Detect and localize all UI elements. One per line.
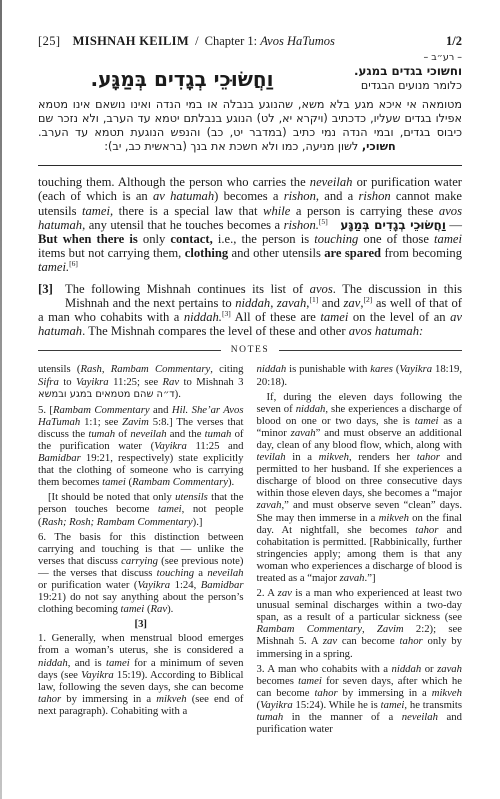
page-indicator: 1/2 [446, 34, 462, 49]
mishnah-3-intro-paragraph: [3]The following Mishnah continues its l… [38, 282, 462, 339]
note-6: 6. The basis for this distinction betwee… [38, 531, 244, 616]
page-header: [25] MISHNAH KEILIM / Chapter 1: Avos Ha… [38, 34, 462, 49]
rav-commentary-lead: וחשוכי בגדים במגע. כלומר מנועים הבגדים [320, 64, 462, 93]
rav-commentary-label: – רע״ב – [38, 52, 462, 63]
note-1: 1. Generally, when menstrual blood emerg… [38, 632, 244, 717]
page-scan-edge [0, 0, 2, 799]
notes-heading: NOTES [231, 345, 270, 355]
mishnah-3-intro-text: The following Mishnah continues its list… [38, 282, 462, 339]
notes-column-right: niddah is punishable with kares (Vayikra… [257, 363, 463, 738]
notes-mishnah-3-header: [3] [38, 618, 244, 630]
page-number-bracket: [25] [38, 34, 60, 48]
section-divider-rule [38, 165, 462, 166]
mishnah-number: [3] [38, 282, 65, 306]
notes-divider: NOTES [38, 345, 462, 355]
note-1-zavah-paragraph: If, during the eleven days following the… [257, 391, 463, 585]
chapter-name: Avos HaTumos [260, 34, 335, 48]
rav-lead-continuation: כלומר מנועים הבגדים [320, 79, 462, 94]
note-5: 5. [Rambam Commentary and Hil. She’ar Av… [38, 404, 244, 489]
rav-dibur-hamatchil: וחשוכי בגדים במגע. [320, 64, 462, 79]
mishnah-head-row: וחשוכי בגדים במגע. כלומר מנועים הבגדים ו… [38, 64, 462, 93]
elucidation-paragraph: touching them. Although the person who c… [38, 175, 462, 274]
note-3: 3. A man who cohabits with a niddah or z… [257, 663, 463, 736]
mishnah-text-hebrew: וַחֲשׂוּכֵי בְגָדִים בְּמַגָּע. [38, 67, 320, 91]
note-continuation: utensils (Rash, Rambam Commentary, citin… [38, 363, 244, 400]
book-page: [25] MISHNAH KEILIM / Chapter 1: Avos Ha… [0, 0, 500, 738]
notes-section: utensils (Rash, Rambam Commentary, citin… [38, 363, 462, 738]
rav-commentary-body: מטומאה אי איכא מגע בלא משא, שהנוגע בנבלה… [38, 98, 462, 154]
tractate-title: MISHNAH KEILIM [73, 34, 189, 48]
notes-column-left: utensils (Rash, Rambam Commentary, citin… [38, 363, 244, 738]
note-2: 2. A zav is a man who experienced at lea… [257, 587, 463, 660]
notes-rule-right [279, 350, 462, 351]
notes-rule-left [38, 350, 221, 351]
chapter-label: Chapter 1: [205, 34, 257, 48]
note-1-continuation: niddah is punishable with kares (Vayikra… [257, 363, 463, 387]
note-5-bracketed-addendum: [It should be noted that only utensils t… [38, 491, 244, 527]
header-separator: / [195, 34, 198, 48]
header-left: [25] MISHNAH KEILIM / Chapter 1: Avos Ha… [38, 34, 335, 49]
